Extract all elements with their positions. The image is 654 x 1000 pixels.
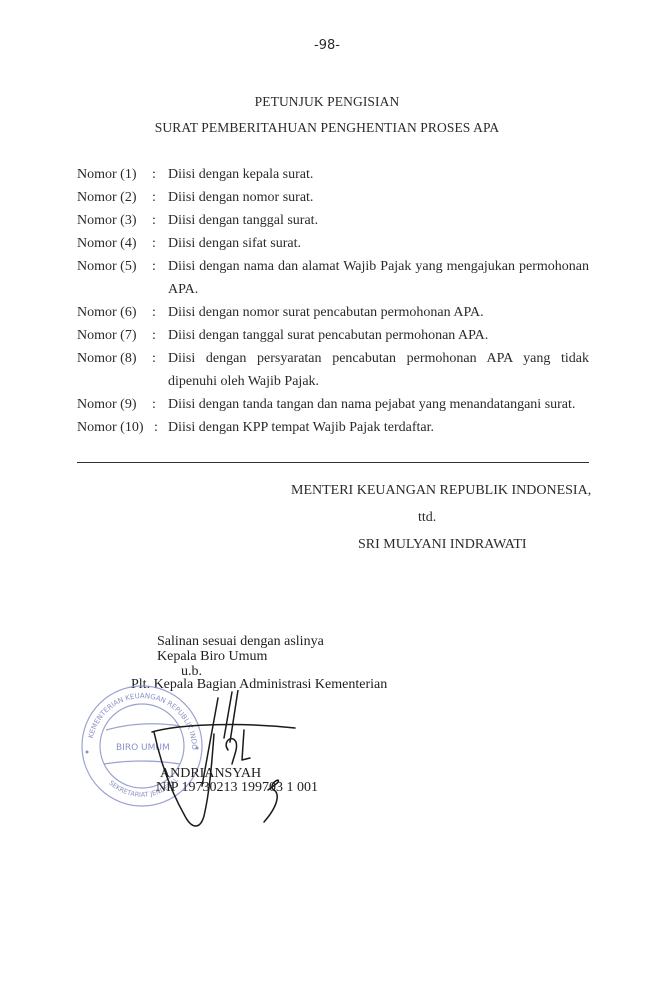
item-label: Nomor (2) <box>77 186 152 209</box>
instruction-item: Nomor (7):Diisi dengan tanggal surat pen… <box>77 324 589 347</box>
instruction-item: Nomor (8):Diisi dengan persyaratan penca… <box>77 347 589 393</box>
instruction-item: Nomor (6):Diisi dengan nomor surat penca… <box>77 301 589 324</box>
item-label: Nomor (7) <box>77 324 152 347</box>
instruction-item: Nomor (10):Diisi dengan KPP tempat Wajib… <box>77 416 589 439</box>
item-colon: : <box>152 393 168 416</box>
item-text: Diisi dengan KPP tempat Wajib Pajak terd… <box>168 416 589 439</box>
item-colon: : <box>152 255 168 301</box>
certifier-name: ANDRIANSYAH <box>160 766 261 781</box>
item-text: Diisi dengan nama dan alamat Wajib Pajak… <box>168 255 589 301</box>
instruction-item: Nomor (3):Diisi dengan tanggal surat. <box>77 209 589 232</box>
item-text: Diisi dengan persyaratan pencabutan perm… <box>168 347 589 393</box>
instruction-item: Nomor (2):Diisi dengan nomor surat. <box>77 186 589 209</box>
item-text: Diisi dengan tanggal surat. <box>168 209 589 232</box>
instruction-list: Nomor (1):Diisi dengan kepala surat. Nom… <box>77 163 589 439</box>
item-colon: : <box>152 186 168 209</box>
item-label: Nomor (6) <box>77 301 152 324</box>
item-text: Diisi dengan kepala surat. <box>168 163 589 186</box>
instruction-item: Nomor (5):Diisi dengan nama dan alamat W… <box>77 255 589 301</box>
item-colon: : <box>152 347 168 393</box>
horizontal-rule <box>77 462 589 463</box>
instruction-item: Nomor (9):Diisi dengan tanda tangan dan … <box>77 393 589 416</box>
signed-mark: ttd. <box>418 510 436 526</box>
item-label: Nomor (3) <box>77 209 152 232</box>
item-colon: : <box>152 324 168 347</box>
item-colon: : <box>152 163 168 186</box>
document-title: PETUNJUK PENGISIAN <box>0 94 654 110</box>
item-label: Nomor (4) <box>77 232 152 255</box>
item-colon: : <box>154 416 168 439</box>
item-label: Nomor (1) <box>77 163 152 186</box>
item-colon: : <box>152 301 168 324</box>
item-text: Diisi dengan sifat surat. <box>168 232 589 255</box>
item-text: Diisi dengan nomor surat. <box>168 186 589 209</box>
certifier-nip: NIP 19730213 199703 1 001 <box>156 780 318 795</box>
item-label: Nomor (5) <box>77 255 152 301</box>
item-text: Diisi dengan tanggal surat pencabutan pe… <box>168 324 589 347</box>
instruction-item: Nomor (1):Diisi dengan kepala surat. <box>77 163 589 186</box>
item-text: Diisi dengan tanda tangan dan nama pejab… <box>168 393 589 416</box>
handwritten-signature-icon <box>140 690 310 840</box>
item-colon: : <box>152 209 168 232</box>
document-subtitle: SURAT PEMBERITAHUAN PENGHENTIAN PROSES A… <box>0 120 654 136</box>
signatory-office: MENTERI KEUANGAN REPUBLIK INDONESIA, <box>291 483 591 499</box>
item-colon: : <box>152 232 168 255</box>
item-label: Nomor (8) <box>77 347 152 393</box>
item-text: Diisi dengan nomor surat pencabutan perm… <box>168 301 589 324</box>
page-number: -98- <box>0 38 654 53</box>
signatory-name: SRI MULYANI INDRAWATI <box>358 537 527 553</box>
item-label: Nomor (10) <box>77 416 154 439</box>
instruction-item: Nomor (4):Diisi dengan sifat surat. <box>77 232 589 255</box>
certified-copy-line: Salinan sesuai dengan aslinya <box>157 634 324 649</box>
certified-copy-position: Kepala Biro Umum <box>157 649 267 664</box>
item-label: Nomor (9) <box>77 393 152 416</box>
